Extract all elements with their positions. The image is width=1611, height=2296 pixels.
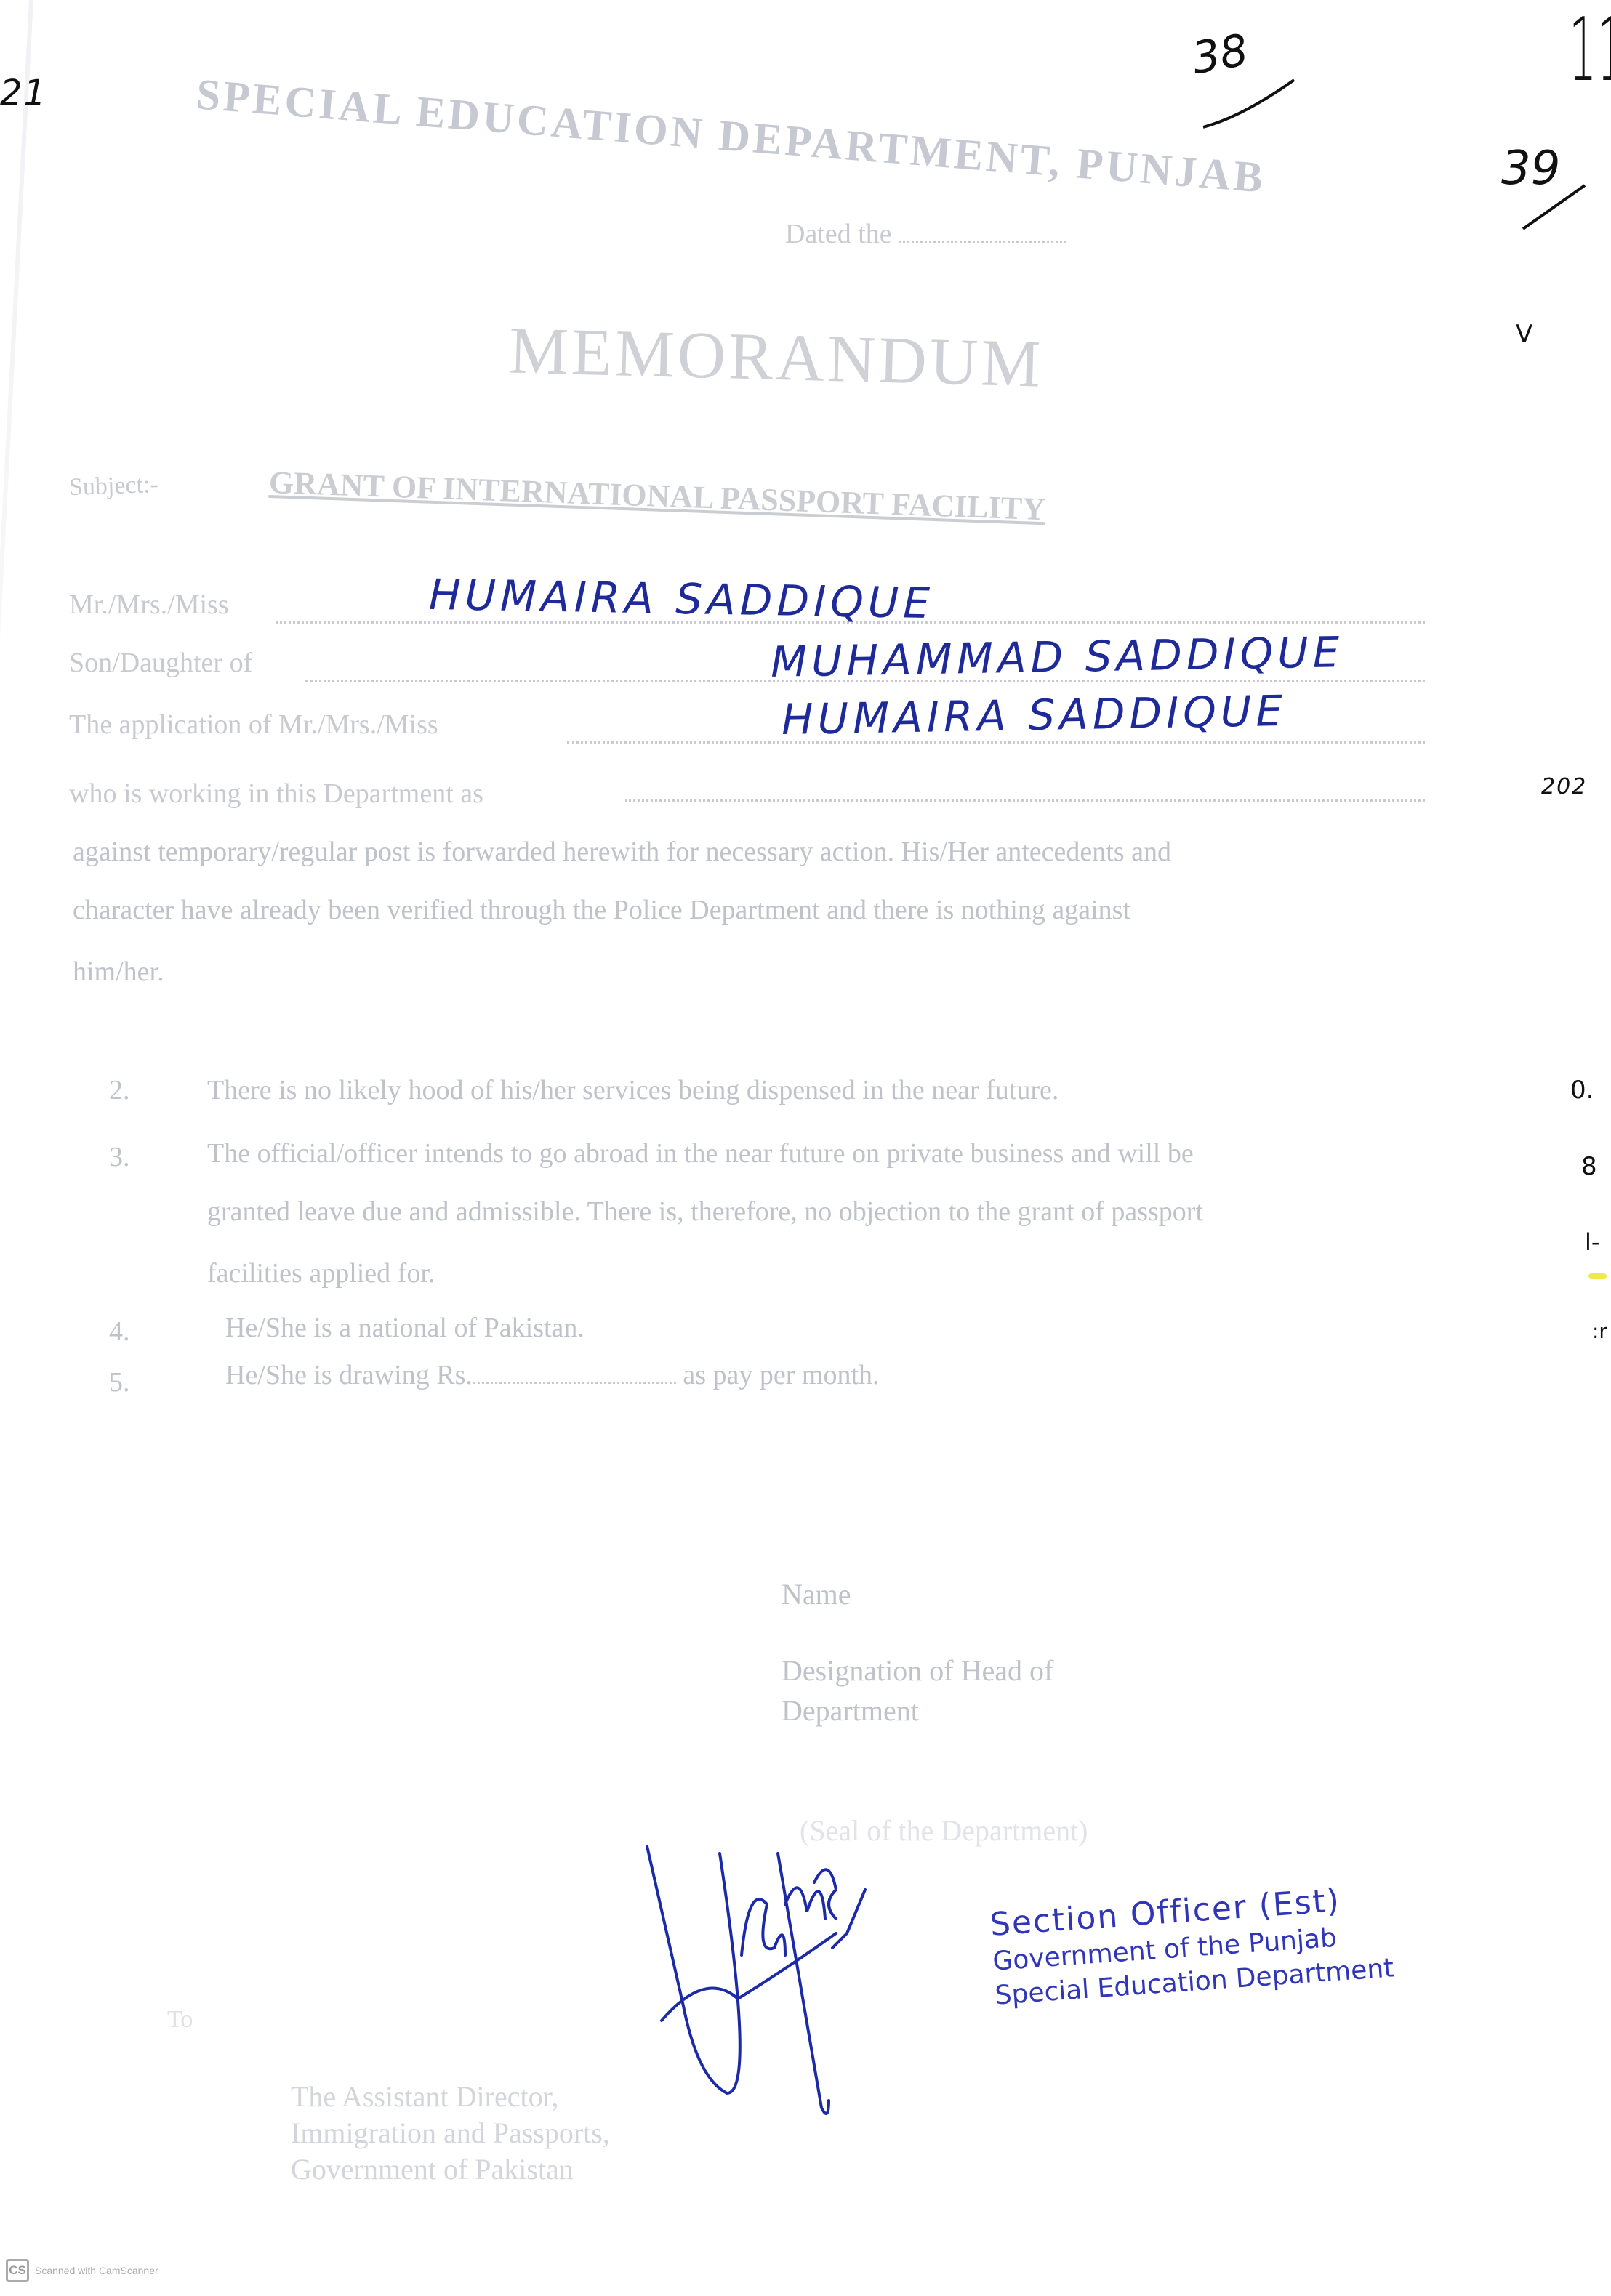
- item-text: granted leave due and admissible. There …: [207, 1196, 1203, 1228]
- designation-label: Department: [782, 1693, 919, 1728]
- field-label: who is working in this Department as: [69, 778, 483, 809]
- margin-mark-v: V: [1516, 320, 1532, 349]
- field-value-parent-name: MUHAMMAD SADDIQUE: [770, 627, 1343, 687]
- margin-mark-top-right: 11: [1569, 0, 1611, 101]
- field-line: [567, 741, 1425, 744]
- official-stamp: Section Officer (Est) Government of the …: [989, 1877, 1395, 2014]
- field-parent: Son/Daughter of: [69, 647, 252, 679]
- item-number: 2.: [109, 1074, 130, 1106]
- department-header: SPECIAL EDUCATION DEPARTMENT, PUNJAB: [194, 69, 1267, 204]
- item-text: There is no likely hood of his/her servi…: [207, 1074, 1058, 1106]
- item-text: facilities applied for.: [207, 1257, 435, 1289]
- paragraph-1-line: him/her.: [73, 956, 164, 988]
- page-fold-shadow: [0, 0, 33, 944]
- field-label: Son/Daughter of: [69, 648, 252, 678]
- addressee-block: The Assistant Director, Immigration and …: [291, 2079, 610, 2188]
- margin-edge-text: l-: [1585, 1228, 1599, 1256]
- margin-edge-text: 8: [1581, 1152, 1597, 1181]
- designation-label: Designation of Head of: [782, 1653, 1053, 1688]
- signature-icon: [640, 1839, 960, 2130]
- item-text: He/She is a national of Pakistan.: [225, 1312, 584, 1344]
- field-label: Mr./Mrs./Miss: [69, 589, 229, 620]
- item-number: 5.: [109, 1366, 130, 1398]
- camscanner-logo-icon: CS: [6, 2259, 29, 2282]
- field-name: Mr./Mrs./Miss: [69, 589, 229, 621]
- dated-label: Dated the: [785, 219, 892, 249]
- dated-line: Dated the: [785, 218, 1066, 250]
- field-value-applicant-name: HUMAIRA SADDIQUE: [428, 570, 934, 628]
- document-title: MEMORANDUM: [508, 311, 1045, 402]
- paragraph-1-line: against temporary/regular post is forwar…: [73, 836, 1171, 868]
- watermark-text: Scanned with CamScanner: [35, 2265, 158, 2276]
- pay-suffix: as pay per month.: [683, 1360, 879, 1390]
- margin-note-top-left: 21: [0, 73, 47, 113]
- item-text: He/She is drawing Rs. as pay per month.: [225, 1359, 880, 1391]
- signatory-name-label: Name: [782, 1577, 851, 1611]
- subject-text: GRANT OF INTERNATIONAL PASSPORT FACILITY: [268, 464, 1046, 528]
- paragraph-1-line: character have already been verified thr…: [73, 894, 1130, 926]
- underline-stroke-icon: [1519, 182, 1592, 233]
- subject-label: Subject:-: [68, 471, 158, 502]
- field-application-of: The application of Mr./Mrs./Miss: [69, 709, 438, 741]
- pay-label: He/She is drawing Rs.: [225, 1360, 473, 1390]
- margin-edge-text: :r: [1592, 1319, 1607, 1343]
- field-value-application-name: HUMAIRA SADDIQUE: [781, 686, 1287, 744]
- margin-edge-text: 0.: [1570, 1076, 1594, 1105]
- pay-amount-blank: [473, 1382, 676, 1384]
- highlighter-mark: [1588, 1273, 1607, 1279]
- scanner-watermark: CS Scanned with CamScanner: [6, 2259, 158, 2282]
- addressee-line: The Assistant Director,: [291, 2079, 610, 2115]
- underline-stroke-icon: [1200, 73, 1301, 138]
- item-number: 4.: [109, 1316, 130, 1348]
- field-line-designation: [625, 799, 1425, 802]
- to-label: To: [167, 2006, 193, 2034]
- margin-handwritten-year: 202: [1541, 774, 1587, 799]
- item-text: The official/officer intends to go abroa…: [207, 1137, 1194, 1169]
- item-number: 3.: [109, 1141, 130, 1173]
- addressee-line: Immigration and Passports,: [291, 2115, 610, 2151]
- field-designation: who is working in this Department as: [69, 778, 483, 810]
- addressee-line: Government of Pakistan: [291, 2151, 610, 2188]
- date-blank: [899, 241, 1066, 243]
- field-label: The application of Mr./Mrs./Miss: [69, 709, 438, 740]
